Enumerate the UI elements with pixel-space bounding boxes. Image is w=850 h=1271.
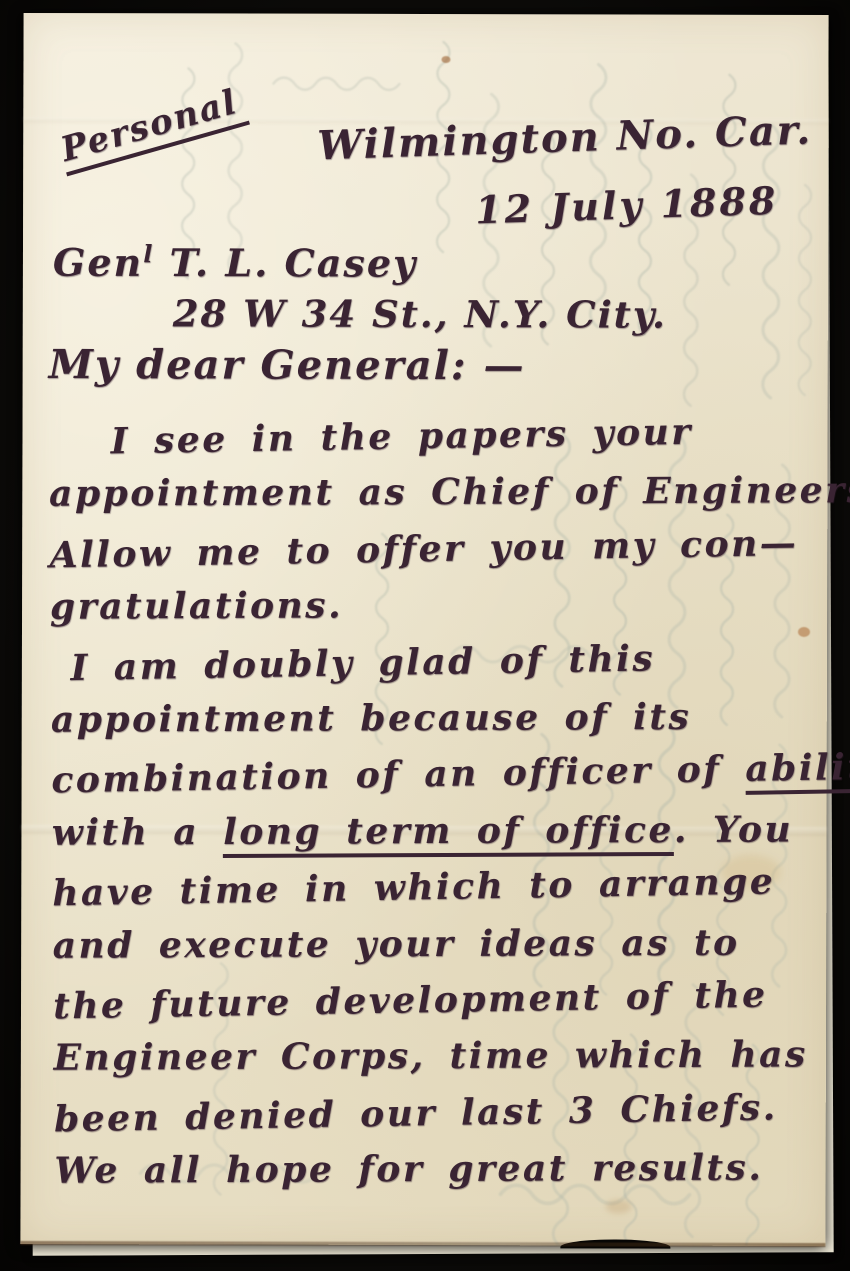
underlined-phrase: ability: [745, 746, 850, 795]
body-line: and execute your ideas as to: [53, 914, 822, 974]
recipient-name: Genl T. L. Casey: [53, 239, 417, 286]
body-line: the future development of the: [53, 966, 823, 1035]
recipient-name-rest: T. L. Casey: [154, 240, 417, 286]
stain-patch: [605, 1199, 631, 1213]
body-segment: We all hope for great results.: [54, 1147, 763, 1192]
body-line: with a long term of office. You: [52, 801, 821, 861]
body-segment: gratulations.: [50, 585, 343, 628]
body-line: Engineer Corps, time which has: [53, 1027, 822, 1087]
stain-spot: [441, 56, 450, 63]
letter-paper: Personal Wilmington No. Car. 12 July 188…: [20, 13, 828, 1246]
underlined-phrase: long term of office: [223, 809, 674, 858]
body-line: combination of an officer of ability: [51, 740, 821, 809]
body-segment: been denied our last 3 Chiefs.: [54, 1086, 778, 1140]
body-segment: combination of an officer of: [51, 748, 746, 802]
bottom-edge-tear: [560, 1239, 670, 1248]
body-segment: Allow me to offer you my con—: [49, 522, 798, 576]
body-segment: Engineer Corps, time which has: [53, 1034, 807, 1079]
body-segment: I am doubly glad of this: [70, 637, 655, 689]
recipient-name-superscript: l: [143, 239, 154, 268]
recipient-address: 28 W 34 St., N.Y. City.: [173, 291, 667, 336]
body-line: appointment as Chief of Engineers —: [49, 463, 818, 523]
letter-body: I see in the papers yourappointment as C…: [48, 405, 823, 1200]
body-segment: the future development of the: [53, 973, 768, 1027]
body-line: been denied our last 3 Chiefs.: [54, 1078, 824, 1147]
body-line: I am doubly glad of this: [50, 627, 820, 696]
body-segment: appointment as Chief of Engineers —: [49, 469, 850, 515]
recipient-name-prefix: Gen: [53, 240, 143, 285]
body-line: appointment because of its: [51, 688, 820, 748]
body-line: We all hope for great results.: [54, 1139, 823, 1199]
body-segment: have time in which to arrange: [52, 861, 776, 915]
body-segment: appointment because of its: [51, 696, 691, 741]
body-segment: with a: [52, 811, 224, 854]
body-segment: I see in the papers your: [110, 411, 693, 463]
body-line: gratulations.: [50, 576, 819, 636]
salutation: My dear General: —: [49, 341, 526, 389]
body-segment: . You: [674, 808, 794, 851]
body-segment: and execute your ideas as to: [53, 921, 740, 966]
body-line: I see in the papers your: [48, 402, 818, 471]
body-line: Allow me to offer you my con—: [49, 514, 819, 583]
body-line: have time in which to arrange: [52, 853, 822, 922]
